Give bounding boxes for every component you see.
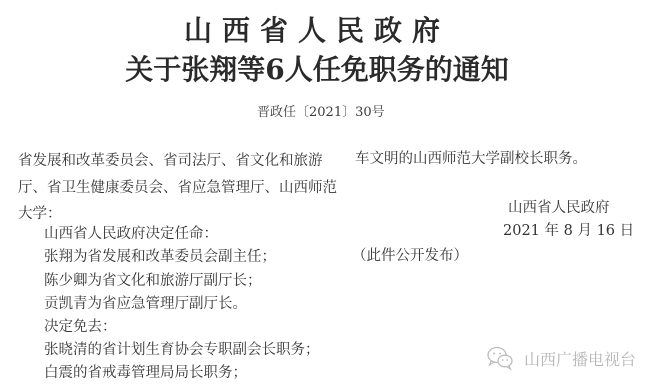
signature: 山西省人民政府 bbox=[508, 199, 610, 217]
wechat-icon bbox=[486, 345, 514, 371]
appointment-item: 贡凯青为省应急管理厅副厅长。 bbox=[44, 295, 247, 313]
recipients-line-2: 厅、省卫生健康委员会、省应急管理厅、山西师范 bbox=[18, 179, 337, 197]
publish-note: （此件公开发布） bbox=[352, 247, 468, 265]
recipients-line-1: 省发展和改革委员会、省司法厅、省文化和旅游 bbox=[18, 152, 323, 170]
appointment-item: 张翔为省发展和改革委员会副主任； bbox=[44, 248, 276, 266]
title-issuer: 山西省人民政府 bbox=[0, 14, 634, 48]
recipients-line-3: 大学： bbox=[18, 205, 62, 223]
issue-date: 2021 年 8 月 16 日 bbox=[503, 222, 634, 240]
removal-item: 张晓清的省计划生育协会专职副会长职务； bbox=[44, 341, 320, 359]
watermark-text: 山西广播电视台 bbox=[524, 347, 636, 370]
removal-item: 白震的省戒毒管理局局长职务； bbox=[44, 364, 247, 382]
watermark: 山西广播电视台 bbox=[486, 345, 636, 371]
document-number: 晋政任〔2021〕30号 bbox=[257, 105, 385, 121]
appointment-intro: 山西省人民政府决定任命： bbox=[44, 225, 218, 243]
removal-item: 车文明的山西师范大学副校长职务。 bbox=[355, 150, 587, 168]
title-subject: 关于张翔等6人任免职务的通知 bbox=[0, 53, 634, 87]
removal-intro: 决定免去： bbox=[44, 318, 117, 336]
appointment-item: 陈少卿为省文化和旅游厅副厅长； bbox=[44, 272, 262, 290]
